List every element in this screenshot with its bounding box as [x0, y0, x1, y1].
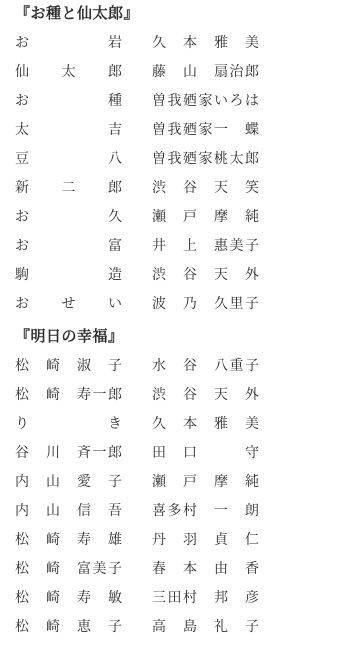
actor-name: 水 谷 八重子 — [152, 352, 259, 381]
cast-row: り き 久 本 雅 美 — [15, 410, 362, 439]
actor-name: 瀬 戸 摩 純 — [152, 203, 259, 232]
role-name: 新 二 郎 — [15, 174, 122, 203]
play-title: 『明日の幸福』 — [15, 323, 362, 352]
cast-list: 松 崎 淑 子 水 谷 八重子 松 崎 寿一郎 渋 谷 天 外 り き 久 本 … — [15, 352, 362, 642]
role-name: 豆 八 — [15, 145, 122, 174]
play-title: 『お種と仙太郎』 — [15, 0, 362, 29]
role-name: 駒 造 — [15, 261, 122, 290]
role-name: 松 崎 寿一郎 — [15, 381, 122, 410]
actor-name: 田 口 守 — [152, 439, 259, 468]
role-name: お 富 — [15, 232, 122, 261]
actor-name: 藤 山 扇治郎 — [152, 58, 259, 87]
cast-row: 新 二 郎 渋 谷 天 笑 — [15, 174, 362, 203]
play-section: 『お種と仙太郎』 お 岩 久 本 雅 美 仙 太 郎 藤 山 扇治郎 お 種 曽… — [15, 0, 362, 319]
actor-name: 久 本 雅 美 — [152, 29, 259, 58]
actor-name: 春 本 由 香 — [152, 555, 259, 584]
actor-name: 波 乃 久里子 — [152, 290, 259, 319]
actor-name: 渋 谷 天 笑 — [152, 174, 259, 203]
cast-row: お 久 瀬 戸 摩 純 — [15, 203, 362, 232]
actor-name: 喜多村 一 朗 — [152, 497, 259, 526]
role-name: お 久 — [15, 203, 122, 232]
role-name: お 種 — [15, 87, 122, 116]
cast-row: 松 崎 寿 敏 三田村 邦 彦 — [15, 584, 362, 613]
cast-row: 松 崎 淑 子 水 谷 八重子 — [15, 352, 362, 381]
cast-row: 太 吉 曽我廼家一 蝶 — [15, 116, 362, 145]
cast-row: 駒 造 渋 谷 天 外 — [15, 261, 362, 290]
role-name: 太 吉 — [15, 116, 122, 145]
cast-row: 松 崎 恵 子 高 島 礼 子 — [15, 613, 362, 642]
cast-row: 松 崎 寿 雄 丹 羽 貞 仁 — [15, 526, 362, 555]
actor-name: 三田村 邦 彦 — [152, 584, 259, 613]
actor-name: 丹 羽 貞 仁 — [152, 526, 259, 555]
cast-row: お 富 井 上 惠美子 — [15, 232, 362, 261]
role-name: 松 崎 富美子 — [15, 555, 122, 584]
actor-name: 曽我廼家桃太郎 — [152, 145, 259, 174]
cast-list: お 岩 久 本 雅 美 仙 太 郎 藤 山 扇治郎 お 種 曽我廼家いろは 太 … — [15, 29, 362, 319]
cast-row: 内 山 信 吾 喜多村 一 朗 — [15, 497, 362, 526]
actor-name: 瀬 戸 摩 純 — [152, 468, 259, 497]
role-name: 松 崎 淑 子 — [15, 352, 122, 381]
cast-row: お 種 曽我廼家いろは — [15, 87, 362, 116]
cast-row: 仙 太 郎 藤 山 扇治郎 — [15, 58, 362, 87]
role-name: 松 崎 寿 雄 — [15, 526, 122, 555]
actor-name: 高 島 礼 子 — [152, 613, 259, 642]
role-name: お 岩 — [15, 29, 122, 58]
cast-row: 松 崎 富美子 春 本 由 香 — [15, 555, 362, 584]
actor-name: 井 上 惠美子 — [152, 232, 259, 261]
actor-name: 曽我廼家いろは — [152, 87, 259, 116]
cast-row: 谷 川 斉一郎 田 口 守 — [15, 439, 362, 468]
cast-row: 豆 八 曽我廼家桃太郎 — [15, 145, 362, 174]
role-name: 内 山 信 吾 — [15, 497, 122, 526]
cast-row: お 岩 久 本 雅 美 — [15, 29, 362, 58]
role-name: 仙 太 郎 — [15, 58, 122, 87]
actor-name: 曽我廼家一 蝶 — [152, 116, 259, 145]
role-name: 谷 川 斉一郎 — [15, 439, 122, 468]
cast-row: お せ い 波 乃 久里子 — [15, 290, 362, 319]
play-section: 『明日の幸福』 松 崎 淑 子 水 谷 八重子 松 崎 寿一郎 渋 谷 天 外 … — [15, 323, 362, 642]
document-page: 『お種と仙太郎』 お 岩 久 本 雅 美 仙 太 郎 藤 山 扇治郎 お 種 曽… — [0, 0, 362, 650]
role-name: お せ い — [15, 290, 122, 319]
cast-row: 内 山 愛 子 瀬 戸 摩 純 — [15, 468, 362, 497]
actor-name: 渋 谷 天 外 — [152, 381, 259, 410]
role-name: 内 山 愛 子 — [15, 468, 122, 497]
role-name: 松 崎 寿 敏 — [15, 584, 122, 613]
role-name: り き — [15, 410, 122, 439]
role-name: 松 崎 恵 子 — [15, 613, 122, 642]
actor-name: 渋 谷 天 外 — [152, 261, 259, 290]
cast-row: 松 崎 寿一郎 渋 谷 天 外 — [15, 381, 362, 410]
actor-name: 久 本 雅 美 — [152, 410, 259, 439]
